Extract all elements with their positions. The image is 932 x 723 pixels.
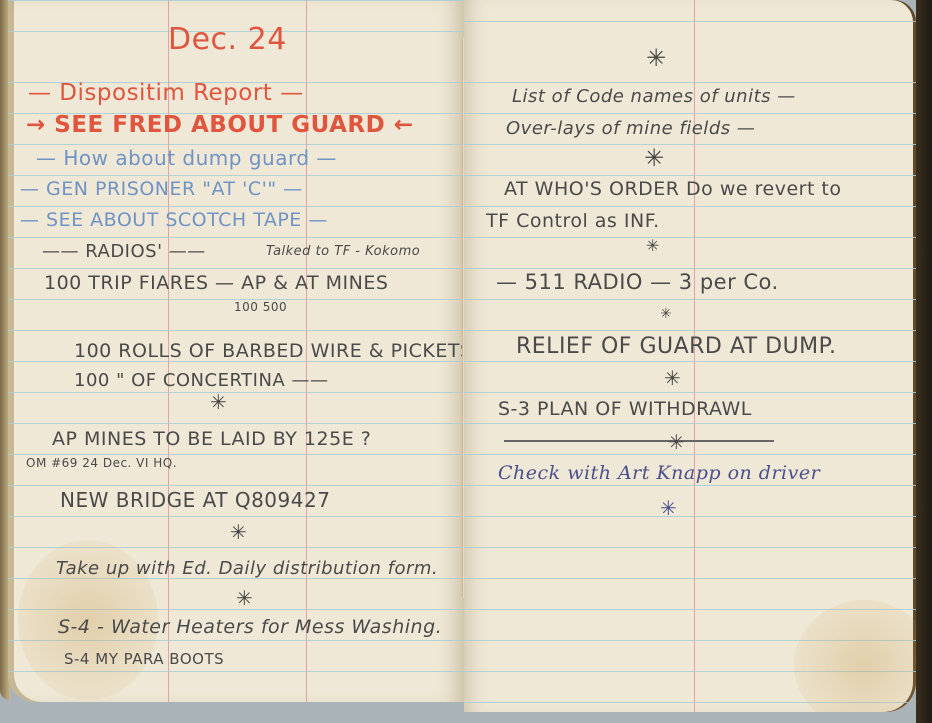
- notebook-spread: Dec. 24 — Dispositim Report — → SEE FRED…: [0, 0, 932, 723]
- separator-star-icon: ✳: [230, 520, 247, 544]
- note-line: Take up with Ed. Daily distribution form…: [56, 558, 438, 579]
- note-line: 100 " OF CONCERTINA ——: [74, 370, 328, 391]
- note-line: Over-lays of mine fields —: [506, 118, 755, 139]
- note-line: —— RADIOS' ——: [42, 241, 206, 262]
- note-line: → SEE FRED ABOUT GUARD ←: [26, 112, 414, 138]
- note-line: AP MINES TO BE LAID BY 125E ?: [52, 428, 371, 450]
- note-annotation: Talked to TF - Kokomo: [266, 244, 420, 259]
- cover-edge-right: [916, 0, 932, 723]
- divider-line: [504, 440, 774, 442]
- left-page: Dec. 24 — Dispositim Report — → SEE FRED…: [8, 0, 464, 702]
- note-line: AT WHO'S ORDER Do we revert to: [504, 178, 842, 200]
- separator-star-icon: ✳: [210, 390, 227, 414]
- note-line: 100 TRIP FIARES — AP & AT MINES: [44, 272, 388, 294]
- separator-star-icon: ✳: [664, 366, 681, 390]
- note-annotation: 100 500: [234, 300, 287, 314]
- note-line: — How about dump guard —: [36, 146, 337, 170]
- separator-star-icon: ✳: [644, 144, 664, 172]
- note-line: Check with Art Knapp on driver: [498, 462, 820, 484]
- note-line: List of Code names of units —: [512, 86, 796, 107]
- separator-star-icon: ✳: [660, 496, 677, 520]
- note-line: RELIEF OF GUARD AT DUMP.: [516, 334, 837, 359]
- separator-star-icon: ✳: [646, 44, 666, 72]
- page-date: Dec. 24: [168, 22, 287, 57]
- note-line: S-4 MY PARA BOOTS: [64, 650, 224, 668]
- note-line: S-4 - Water Heaters for Mess Washing.: [58, 616, 442, 638]
- note-annotation: OM #69 24 Dec. VI HQ.: [26, 456, 177, 470]
- right-page: ✳ List of Code names of units — Over-lay…: [464, 0, 916, 712]
- note-line: — SEE ABOUT SCOTCH TAPE —: [20, 209, 328, 231]
- separator-star-icon: ✳: [646, 236, 659, 255]
- separator-star-icon: ✳: [668, 430, 685, 454]
- note-line: — 511 RADIO — 3 per Co.: [496, 270, 779, 294]
- note-line: — Dispositim Report —: [28, 80, 304, 106]
- note-line: NEW BRIDGE AT Q809427: [60, 488, 330, 512]
- note-line: 100 ROLLS OF BARBED WIRE & PICKETS: [74, 340, 464, 362]
- separator-star-icon: ✳: [660, 306, 672, 322]
- note-line: S-3 PLAN OF WITHDRAWL: [498, 398, 752, 420]
- separator-star-icon: ✳: [236, 586, 253, 610]
- note-line: TF Control as INF.: [486, 210, 660, 232]
- note-line: — GEN PRISONER "AT 'C'" —: [20, 178, 303, 200]
